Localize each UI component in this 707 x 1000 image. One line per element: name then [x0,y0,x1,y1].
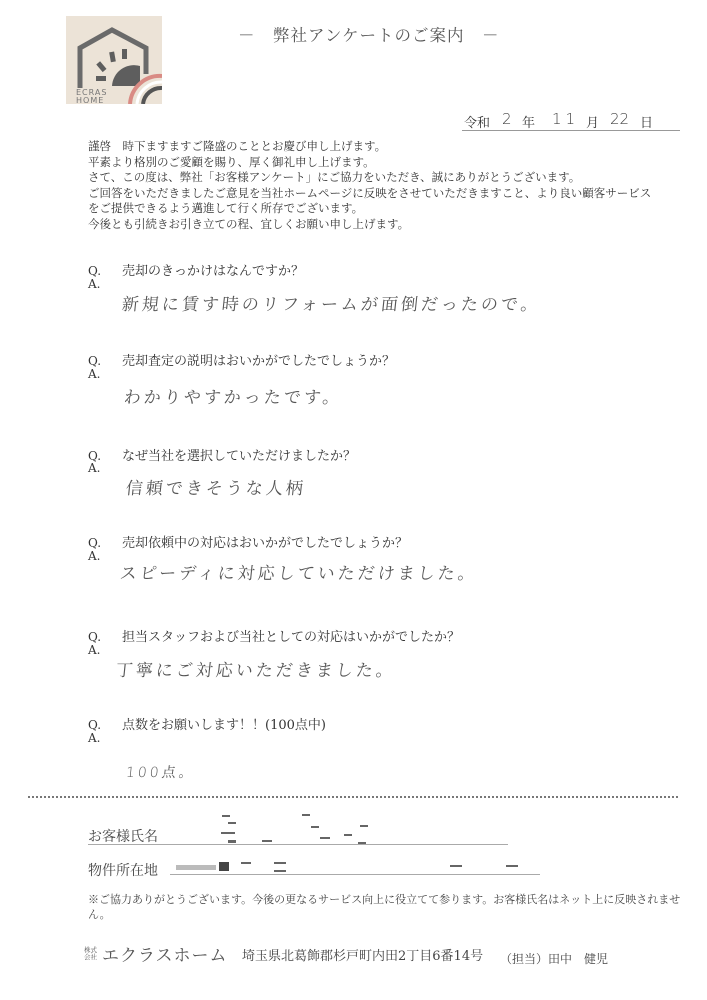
company-address: 埼玉県北葛飾郡杉戸町内田2丁目6番14号 [242,945,483,964]
question-5: Q.担当スタッフおよび当社としての対応はいかがでしたか？ [88,626,460,645]
intro-line: 平素より格別のご愛顧を賜り、厚く御礼申し上げます。 [88,155,651,171]
property-location-label: 物件所在地 [88,860,158,880]
company-name: 株式会社エクラスホーム [84,941,228,966]
property-location-underline [170,874,540,875]
date-day-unit: 日 [640,112,653,131]
company-name-text: エクラスホーム [102,946,228,966]
intro-line: 今後とも引続きお引き立ての程、宜しくお願い申し上げます。 [88,217,651,233]
answer-4: スピーディに対応していただけました。 [119,559,480,584]
svg-text:HOME: HOME [76,96,104,104]
date-month: 11 [552,110,579,128]
question-3: Q.なぜ当社を選択していただけましたか？ [88,445,356,464]
company-type-prefix: 株式会社 [84,947,102,961]
answer-label-5: A. [88,643,100,657]
answer-6: 100点。 [125,762,197,782]
intro-line: 謹啓 時下ますますご隆盛のこととお慶び申し上げます。 [88,139,651,155]
answer-1: 新規に賃す時のリフォームが面倒だったので。 [121,290,542,315]
privacy-note: ※ご協力ありがとうございます。今後の更なるサービス向上に役立てて参ります。お客様… [88,893,688,922]
answer-label-4: A. [88,549,100,563]
customer-name-underline [88,844,508,845]
intro-letter: 謹啓 時下ますますご隆盛のこととお慶び申し上げます。 平素より格別のご愛顧を賜り… [88,139,651,232]
intro-line: ご回答をいただきましたご意見を当社ホームページに反映をさせていただきますこと、よ… [88,186,651,202]
date-month-unit: 月 [586,112,599,131]
date-year-unit: 年 [522,112,535,131]
answer-label-2: A. [88,367,100,381]
answer-label-1: A. [88,277,100,291]
question-1: Q.売却のきっかけはなんですか？ [88,260,304,279]
survey-date: 令和 2 年 11 月 22 日 [462,110,680,131]
house-sun-logo-icon: ECRAS HOME [66,16,162,104]
question-6: Q.点数をお願いします！！(100点中) [88,714,326,733]
page-title: － 弊社アンケートのご案内 － [238,22,500,46]
company-logo: ECRAS HOME [66,16,162,104]
date-year: 2 [502,110,512,128]
customer-name-label: お客様氏名 [88,826,158,846]
answer-3: 信頼できそうな人柄 [125,474,308,499]
answer-label-3: A. [88,461,100,475]
intro-line: さて、この度は、弊社「お客様アンケート」にご協力をいただき、誠にありがとうござい… [88,170,651,186]
question-2: Q.売却査定の説明はおいかがでしたでしょうか？ [88,350,395,369]
answer-5: 丁寧にご対応いただきました。 [115,656,398,681]
date-day: 22 [610,110,629,128]
dotted-divider [28,796,678,798]
staff-in-charge: （担当）田中 健児 [500,950,608,967]
question-4: Q.売却依頼中の対応はおいかがでしたでしょうか？ [88,532,408,551]
intro-line: をご提供できるよう邁進して行く所存でございます。 [88,201,651,217]
date-era: 令和 [464,112,490,131]
answer-2: わかりやすかったです。 [123,383,344,408]
answer-label-6: A. [88,731,100,745]
